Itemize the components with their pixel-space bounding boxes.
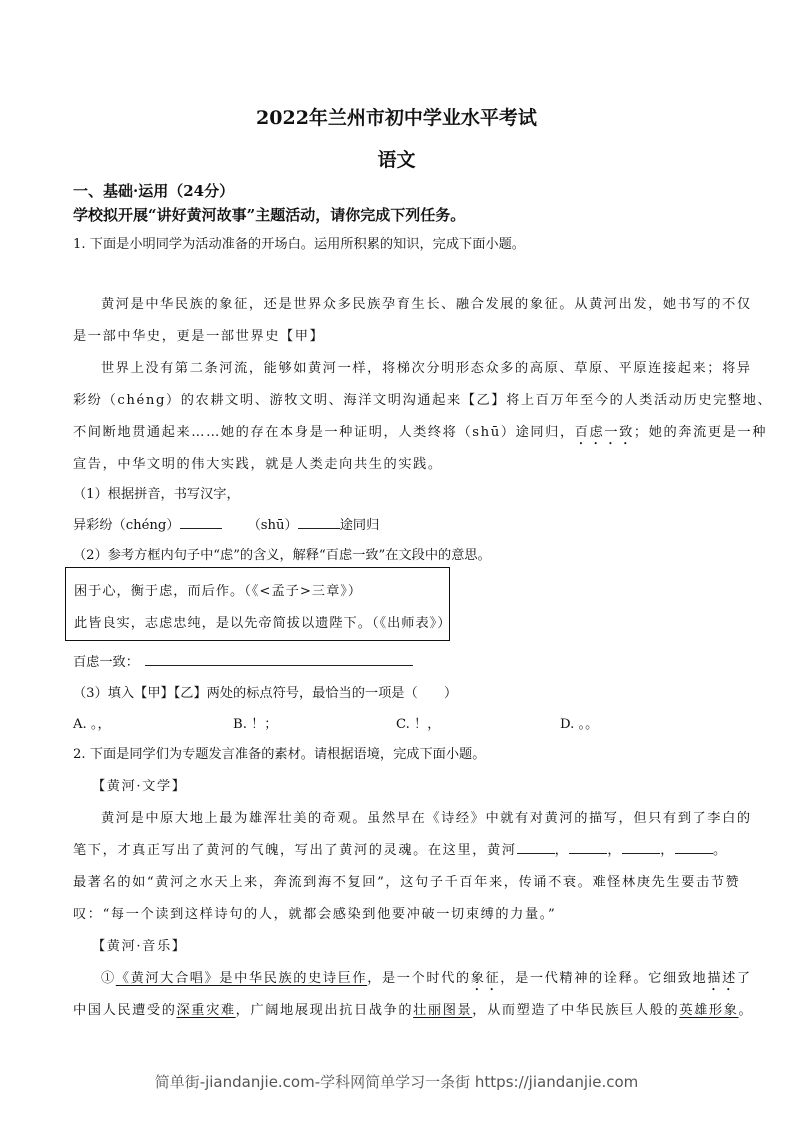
option-value: ！， (414, 717, 440, 732)
section-heading: 一、基础·运用（24分） (73, 180, 234, 201)
sub-question-2-prompt: （2）参考方框内句子中“虑”的含义，解释“百虑一致”在文段中的意思。 (73, 544, 491, 563)
answer-blank[interactable] (569, 841, 607, 854)
question-2-stem: 2. 下面是同学们为专题发言准备的素材。请根据语境，完成下面小题。 (73, 743, 485, 762)
music-text: ，从而塑造了中华民族巨人般的 (472, 1003, 679, 1018)
comma: ， (555, 843, 570, 858)
passage-line: 是一部中华史，更是一部世界史【甲】 (73, 325, 324, 344)
sentence-number: ① (101, 971, 116, 986)
passage-text: 不间断地贯通起来……她的存在本身是一种证明，人类终将（shū）途同归， (73, 425, 575, 440)
reference-line-2: 此皆良实，志虑忠纯，是以先帝简拔以遗陛下。（《出师表》） (74, 612, 451, 631)
literature-heading: 【黄河·文学】 (92, 775, 187, 794)
exam-title: 2022年兰州市初中学业水平考试 (0, 103, 793, 130)
answer-blank-2[interactable] (298, 516, 340, 529)
music-text: ，是一代精神的诠释。它细致地 (500, 971, 707, 986)
sub-question-1-items: 异彩纷（chéng）（shū）途同归 (73, 514, 379, 533)
pinyin-item-2: （shū） (248, 518, 298, 533)
passage-line: 世界上没有第二条河流，能够如黄河一样，将梯次分明形态众多的高原、草原、平原连接起… (101, 357, 752, 376)
underlined-phrase: 深重灾难 (177, 1003, 236, 1018)
task-statement: 学校拟开展“讲好黄河故事”主题活动，请你完成下列任务。 (73, 204, 465, 225)
answer-label: 百虑一致： (73, 655, 139, 670)
passage-line: 不间断地贯通起来……她的存在本身是一种证明，人类终将（shū）途同归，百虑一致；… (73, 421, 767, 448)
underlined-phrase: 壮丽图景 (413, 1003, 472, 1018)
option-b[interactable]: B. ！； (233, 713, 277, 732)
answer-line-row: 百虑一致： (73, 651, 413, 670)
music-text: 中国人民遭受的 (73, 1003, 177, 1018)
answer-blank[interactable] (675, 841, 713, 854)
option-label: C. (396, 717, 410, 732)
pinyin-item-2-suffix: 途同归 (340, 518, 380, 533)
answer-blank[interactable] (517, 841, 555, 854)
option-value: ！； (251, 717, 277, 732)
music-line: 中国人民遭受的深重灾难，广阔地展现出抗日战争的壮丽图景，从而塑造了中华民族巨人般… (73, 999, 753, 1018)
music-text: ，是一个时代的 (367, 971, 471, 986)
option-value: 。， (91, 717, 111, 732)
footer-watermark: 简单街-jiandanjie.com-学科网简单学习一条街 https://ji… (0, 1071, 793, 1092)
underlined-phrase: 《黄河大合唱》是中华民族的史诗巨作 (116, 971, 367, 986)
comma: ， (660, 843, 675, 858)
option-d[interactable]: D. 。。 (560, 713, 598, 732)
music-heading: 【黄河·音乐】 (92, 935, 187, 954)
music-text: 了 (737, 971, 752, 986)
reference-line-1: 困于心，衡于虑，而后作。（《<孟子>三章》） (74, 580, 362, 599)
emphasized-word: 象征 (471, 971, 501, 986)
literature-line: 笔下，才真正写出了黄河的气魄，写出了黄河的灵魂。在这里，黄河，，，。 (73, 839, 728, 858)
music-line: ①《黄河大合唱》是中华民族的史诗巨作，是一个时代的象征，是一代精神的诠释。它细致… (101, 967, 752, 994)
comma: ， (607, 843, 622, 858)
emphasized-word: 描述 (707, 971, 737, 986)
literature-text: 笔下，才真正写出了黄河的气魄，写出了黄河的灵魂。在这里，黄河 (73, 843, 517, 858)
question-1-stem: 1. 下面是小明同学为活动准备的开场白。运用所积累的知识，完成下面小题。 (73, 233, 525, 252)
answer-blank-1[interactable] (180, 516, 222, 529)
option-label: D. (560, 717, 574, 732)
sub-question-3-prompt: （3）填入【甲】【乙】两处的标点符号，最恰当的一项是（ ） (73, 682, 457, 701)
reference-box: 困于心，衡于虑，而后作。（《<孟子>三章》） 此皆良实，志虑忠纯，是以先帝简拔以… (65, 567, 450, 641)
period: 。 (713, 843, 728, 858)
passage-line: 宣告，中华文明的伟大实践，就是人类走向共生的实践。 (73, 453, 443, 472)
passage-line: 黄河是中华民族的象征，还是世界众多民族孕育生长、融合发展的象征。从黄河出发，她书… (101, 293, 752, 312)
literature-line: 黄河是中原大地上最为雄浑壮美的奇观。虽然早在《诗经》中就有对黄河的描写，但只有到… (101, 807, 752, 826)
music-text: 。 (738, 1003, 753, 1018)
option-label: B. (233, 717, 247, 732)
underlined-phrase: 英雄形象 (679, 1003, 738, 1018)
passage-text: ；她的奔流更是一种 (634, 425, 767, 440)
answer-blank[interactable] (622, 841, 660, 854)
option-value: 。。 (579, 717, 599, 732)
literature-line: 最著名的如“黄河之水天上来，奔流到海不复回”，这句子千百年来，传诵不衰。难怪林庚… (73, 871, 740, 890)
pinyin-item-1: 异彩纷（chéng） (73, 518, 180, 533)
option-c[interactable]: C. ！， (396, 713, 440, 732)
literature-line: 叹：“每一个读到这样诗句的人，就都会感染到他要冲破一切束缚的力量。” (73, 903, 556, 922)
subject-title: 语文 (0, 145, 793, 172)
music-text: ，广阔地展现出抗日战争的 (236, 1003, 413, 1018)
answer-blank[interactable] (145, 653, 413, 666)
option-label: A. (73, 717, 87, 732)
emphasized-phrase: 百虑一致 (575, 425, 634, 440)
sub-question-1-prompt: （1）根据拼音，书写汉字， (73, 483, 240, 502)
passage-line: 彩纷（chéng）的农耕文明、游牧文明、海洋文明沟通起来【乙】将上百万年至今的人… (73, 389, 772, 408)
option-a[interactable]: A. 。， (73, 713, 111, 732)
